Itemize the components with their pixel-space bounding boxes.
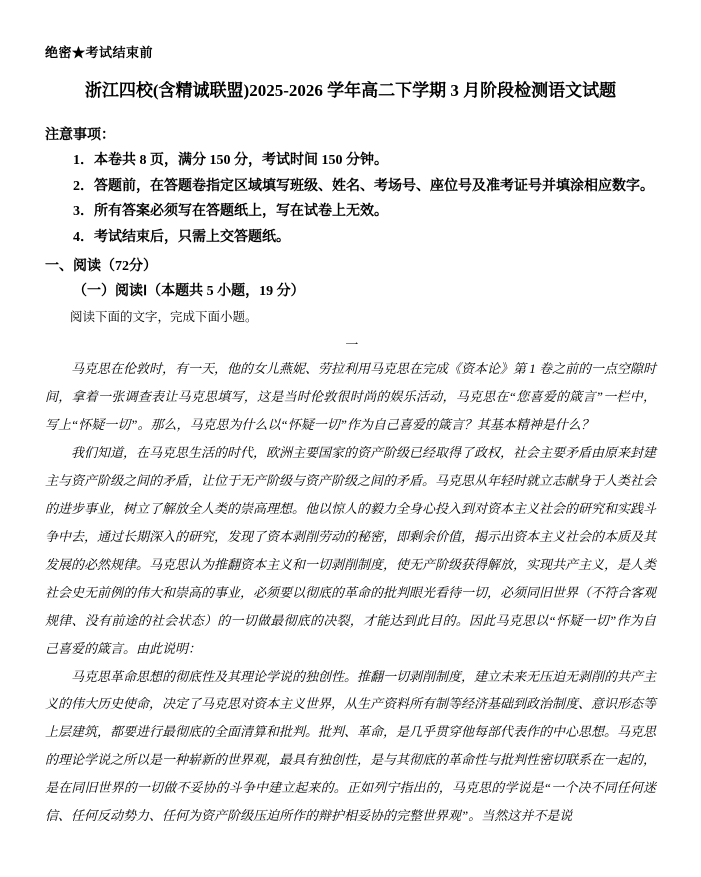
passage-paragraph-1: 马克思在伦敦时，有一天，他的女儿燕妮、劳拉利用马克思在完成《资本论》第 1 卷之… [45, 355, 656, 439]
passage-number-marker: 一 [45, 334, 656, 353]
passage-instruction: 阅读下面的文字，完成下面小题。 [45, 306, 656, 330]
subsection-heading-reading-1: （一）阅读Ⅰ（本题共 5 小题，19 分） [45, 279, 656, 304]
section-heading-reading: 一、阅读（72分） [45, 254, 656, 279]
notice-item-1: 1．本卷共 8 页，满分 150 分，考试时间 150 分钟。 [45, 148, 656, 173]
passage-paragraph-2: 我们知道，在马克思生活的时代，欧洲主要国家的资产阶级已经取得了政权，社会主要矛盾… [45, 439, 656, 663]
notice-item-2: 2．答题前，在答题卷指定区域填写班级、姓名、考场号、座位号及准考证号并填涂相应数… [45, 174, 656, 199]
passage-paragraph-3: 马克思革命思想的彻底性及其理论学说的独创性。推翻一切剥削制度，建立未来无压迫无剥… [45, 663, 656, 831]
notice-heading: 注意事项： [45, 123, 656, 148]
exam-title: 浙江四校(含精诚联盟)2025-2026 学年高二下学期 3 月阶段检测语文试题 [63, 77, 638, 105]
notice-item-4: 4．考试结束后，只需上交答题纸。 [45, 225, 656, 250]
security-classification-label: 绝密★考试结束前 [45, 42, 656, 61]
exam-paper-page: 绝密★考试结束前 浙江四校(含精诚联盟)2025-2026 学年高二下学期 3 … [0, 0, 701, 877]
notice-item-3: 3．所有答案必须写在答题纸上，写在试卷上无效。 [45, 199, 656, 224]
